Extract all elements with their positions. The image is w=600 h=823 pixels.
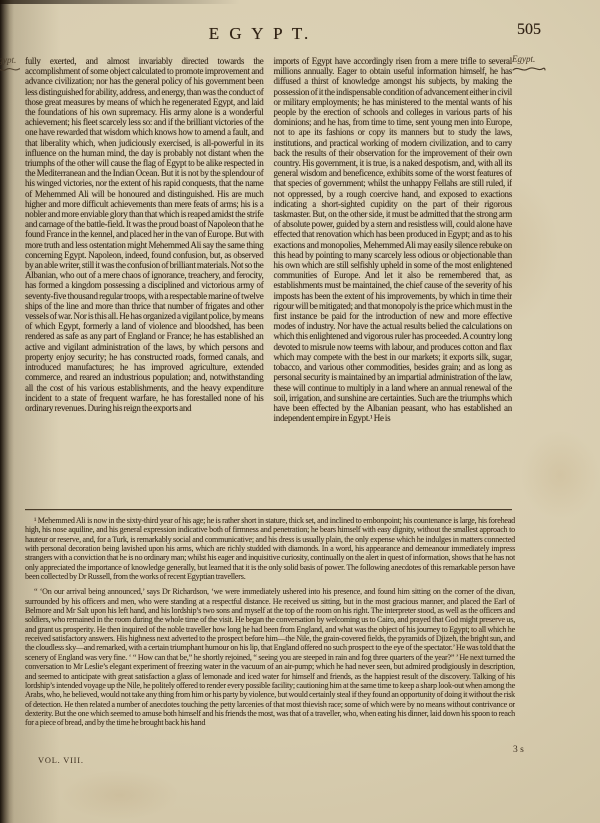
volume-label: VOL. VIII. xyxy=(38,756,84,765)
footnote-paragraph-1: ¹ Mehemmed Ali is now in the sixty-third… xyxy=(25,516,515,581)
paper-stain xyxy=(520,430,600,520)
body-column-right: imports of Egypt have accordingly risen … xyxy=(274,56,513,508)
scan-edge xyxy=(0,0,240,4)
body-column-left: fully exerted, and almost invariably dir… xyxy=(25,56,264,508)
page-title: E G Y P T. xyxy=(25,24,495,44)
margin-note-right-label: Egypt. xyxy=(512,54,535,64)
swash-flourish-icon xyxy=(512,65,546,73)
swash-flourish-icon xyxy=(0,66,20,73)
book-page: E G Y P T. 505 Egypt. Egypt. fully exert… xyxy=(0,0,600,823)
margin-note-left-label: Egypt. xyxy=(0,56,16,65)
page-number: 505 xyxy=(517,21,541,39)
body-text-block: fully exerted, and almost invariably dir… xyxy=(25,56,512,508)
margin-note-left: Egypt. xyxy=(0,56,13,73)
margin-note-left-container: Egypt. xyxy=(0,56,20,80)
footnote-block: ¹ Mehemmed Ali is now in the sixty-third… xyxy=(25,516,515,752)
margin-note-right: Egypt. xyxy=(512,55,546,73)
footnote-paragraph-2: “ ‘On our arrival being announced,’ says… xyxy=(25,587,515,727)
binding-shadow xyxy=(0,0,14,823)
signature-mark: 3 s xyxy=(513,745,524,755)
paper-stain xyxy=(60,770,180,820)
footnote-divider xyxy=(25,509,512,510)
